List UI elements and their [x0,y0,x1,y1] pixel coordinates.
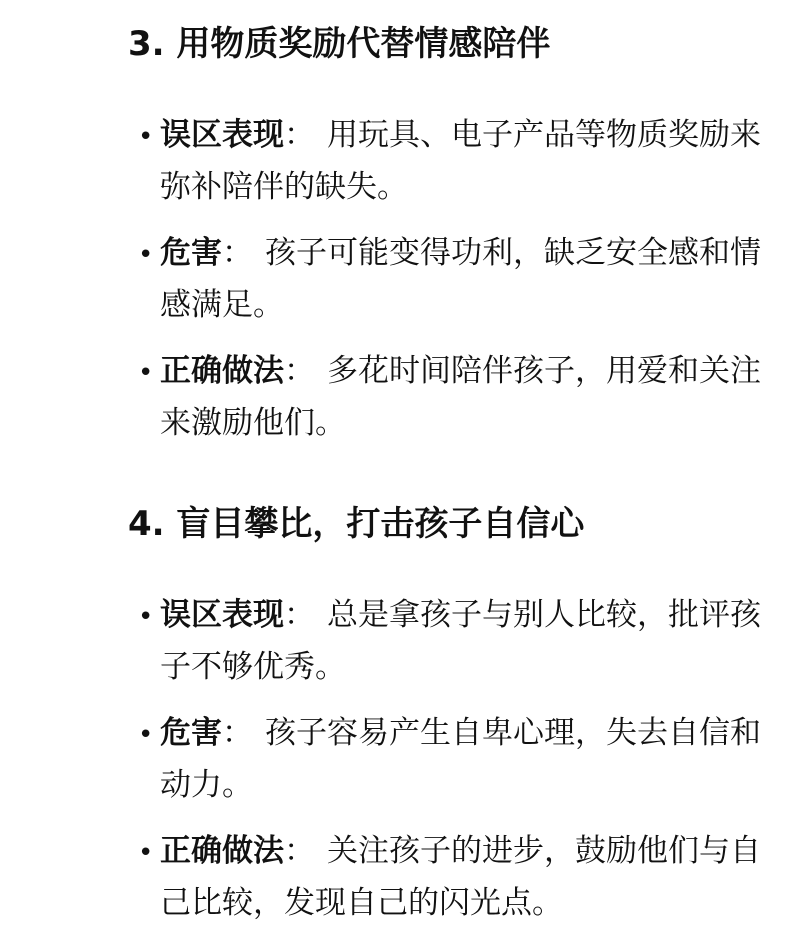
item-label: 正确做法 [160,833,284,869]
item-colon: ： [284,353,315,389]
item-colon: ： [222,715,253,751]
bullet-list: • 误区表现：用玩具、电子产品等物质奖励来弥补陪伴的缺失。 • 危害：孩子可能变… [128,109,778,449]
bullet-icon: • [138,589,153,645]
list-item-correct-approach: • 正确做法：多花时间陪伴孩子，用爱和关注来激励他们。 [128,345,778,449]
section-4: 4. 盲目攀比，打击孩子自信心 • 误区表现：总是拿孩子与别人比较，批评孩子不够… [128,504,778,928]
section-heading: 3. 用物质奖励代替情感陪伴 [128,24,778,64]
bullet-icon: • [138,825,153,881]
bullet-list: • 误区表现：总是拿孩子与别人比较，批评孩子不够优秀。 • 危害：孩子容易产生自… [128,589,778,928]
bullet-icon: • [138,345,153,401]
item-label: 误区表现 [160,597,284,633]
bullet-icon: • [138,109,153,165]
section-heading: 4. 盲目攀比，打击孩子自信心 [128,504,778,544]
list-item-misconception: • 误区表现：总是拿孩子与别人比较，批评孩子不够优秀。 [128,589,778,693]
item-label: 正确做法 [160,353,284,389]
list-item-harm: • 危害：孩子可能变得功利，缺乏安全感和情感满足。 [128,227,778,331]
item-colon: ： [284,833,315,869]
list-item-correct-approach: • 正确做法：关注孩子的进步，鼓励他们与自己比较，发现自己的闪光点。 [128,825,778,928]
item-label: 危害 [160,715,222,751]
item-label: 误区表现 [160,117,284,153]
item-label: 危害 [160,235,222,271]
list-item-misconception: • 误区表现：用玩具、电子产品等物质奖励来弥补陪伴的缺失。 [128,109,778,213]
item-colon: ： [284,117,315,153]
list-item-harm: • 危害：孩子容易产生自卑心理，失去自信和动力。 [128,707,778,811]
item-colon: ： [284,597,315,633]
item-colon: ： [222,235,253,271]
section-3: 3. 用物质奖励代替情感陪伴 • 误区表现：用玩具、电子产品等物质奖励来弥补陪伴… [128,24,778,449]
bullet-icon: • [138,707,153,763]
article-page: 3. 用物质奖励代替情感陪伴 • 误区表现：用玩具、电子产品等物质奖励来弥补陪伴… [0,0,800,928]
bullet-icon: • [138,227,153,283]
